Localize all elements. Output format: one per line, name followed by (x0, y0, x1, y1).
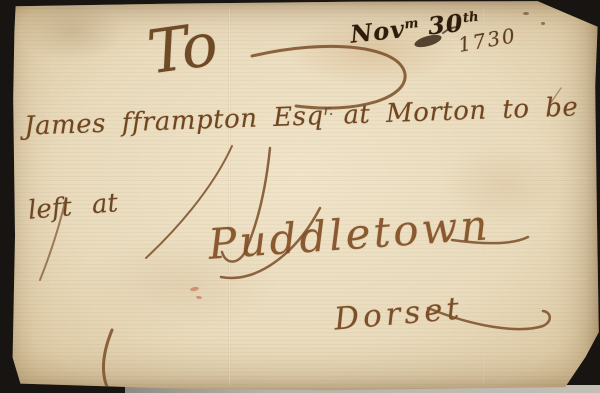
red-crayon-mark (190, 286, 200, 292)
address-line-county: Dorset (333, 290, 465, 337)
red-crayon-mark (196, 296, 202, 300)
ink-speck (541, 22, 545, 25)
esquire-superscript: r. (323, 103, 333, 119)
date-month: Nov (349, 14, 407, 49)
date-day-superscript: th (462, 10, 479, 27)
recipient-place: at Morton to be (343, 92, 579, 130)
bottom-left-flourish (103, 330, 112, 389)
date-month-superscript: m (404, 16, 419, 32)
recipient-name: James fframpton Esq (24, 101, 324, 141)
address-line-left-at: left at (27, 188, 119, 226)
address-line-town: Puddletown (207, 200, 492, 269)
horizontal-crease (18, 176, 588, 179)
letter-cover-paper: To Novm 30th 1730 James fframpton Esqr.a… (0, 0, 600, 393)
vertical-crease (482, 8, 485, 385)
salutation-to: To (143, 10, 220, 89)
address-line-recipient: James fframpton Esqr.at Morton to be (24, 92, 579, 141)
ink-speck (523, 12, 529, 15)
vertical-crease (228, 8, 231, 385)
horizontal-crease (18, 278, 588, 281)
photo-of-letter: To Novm 30th 1730 James fframpton Esqr.a… (0, 0, 600, 393)
